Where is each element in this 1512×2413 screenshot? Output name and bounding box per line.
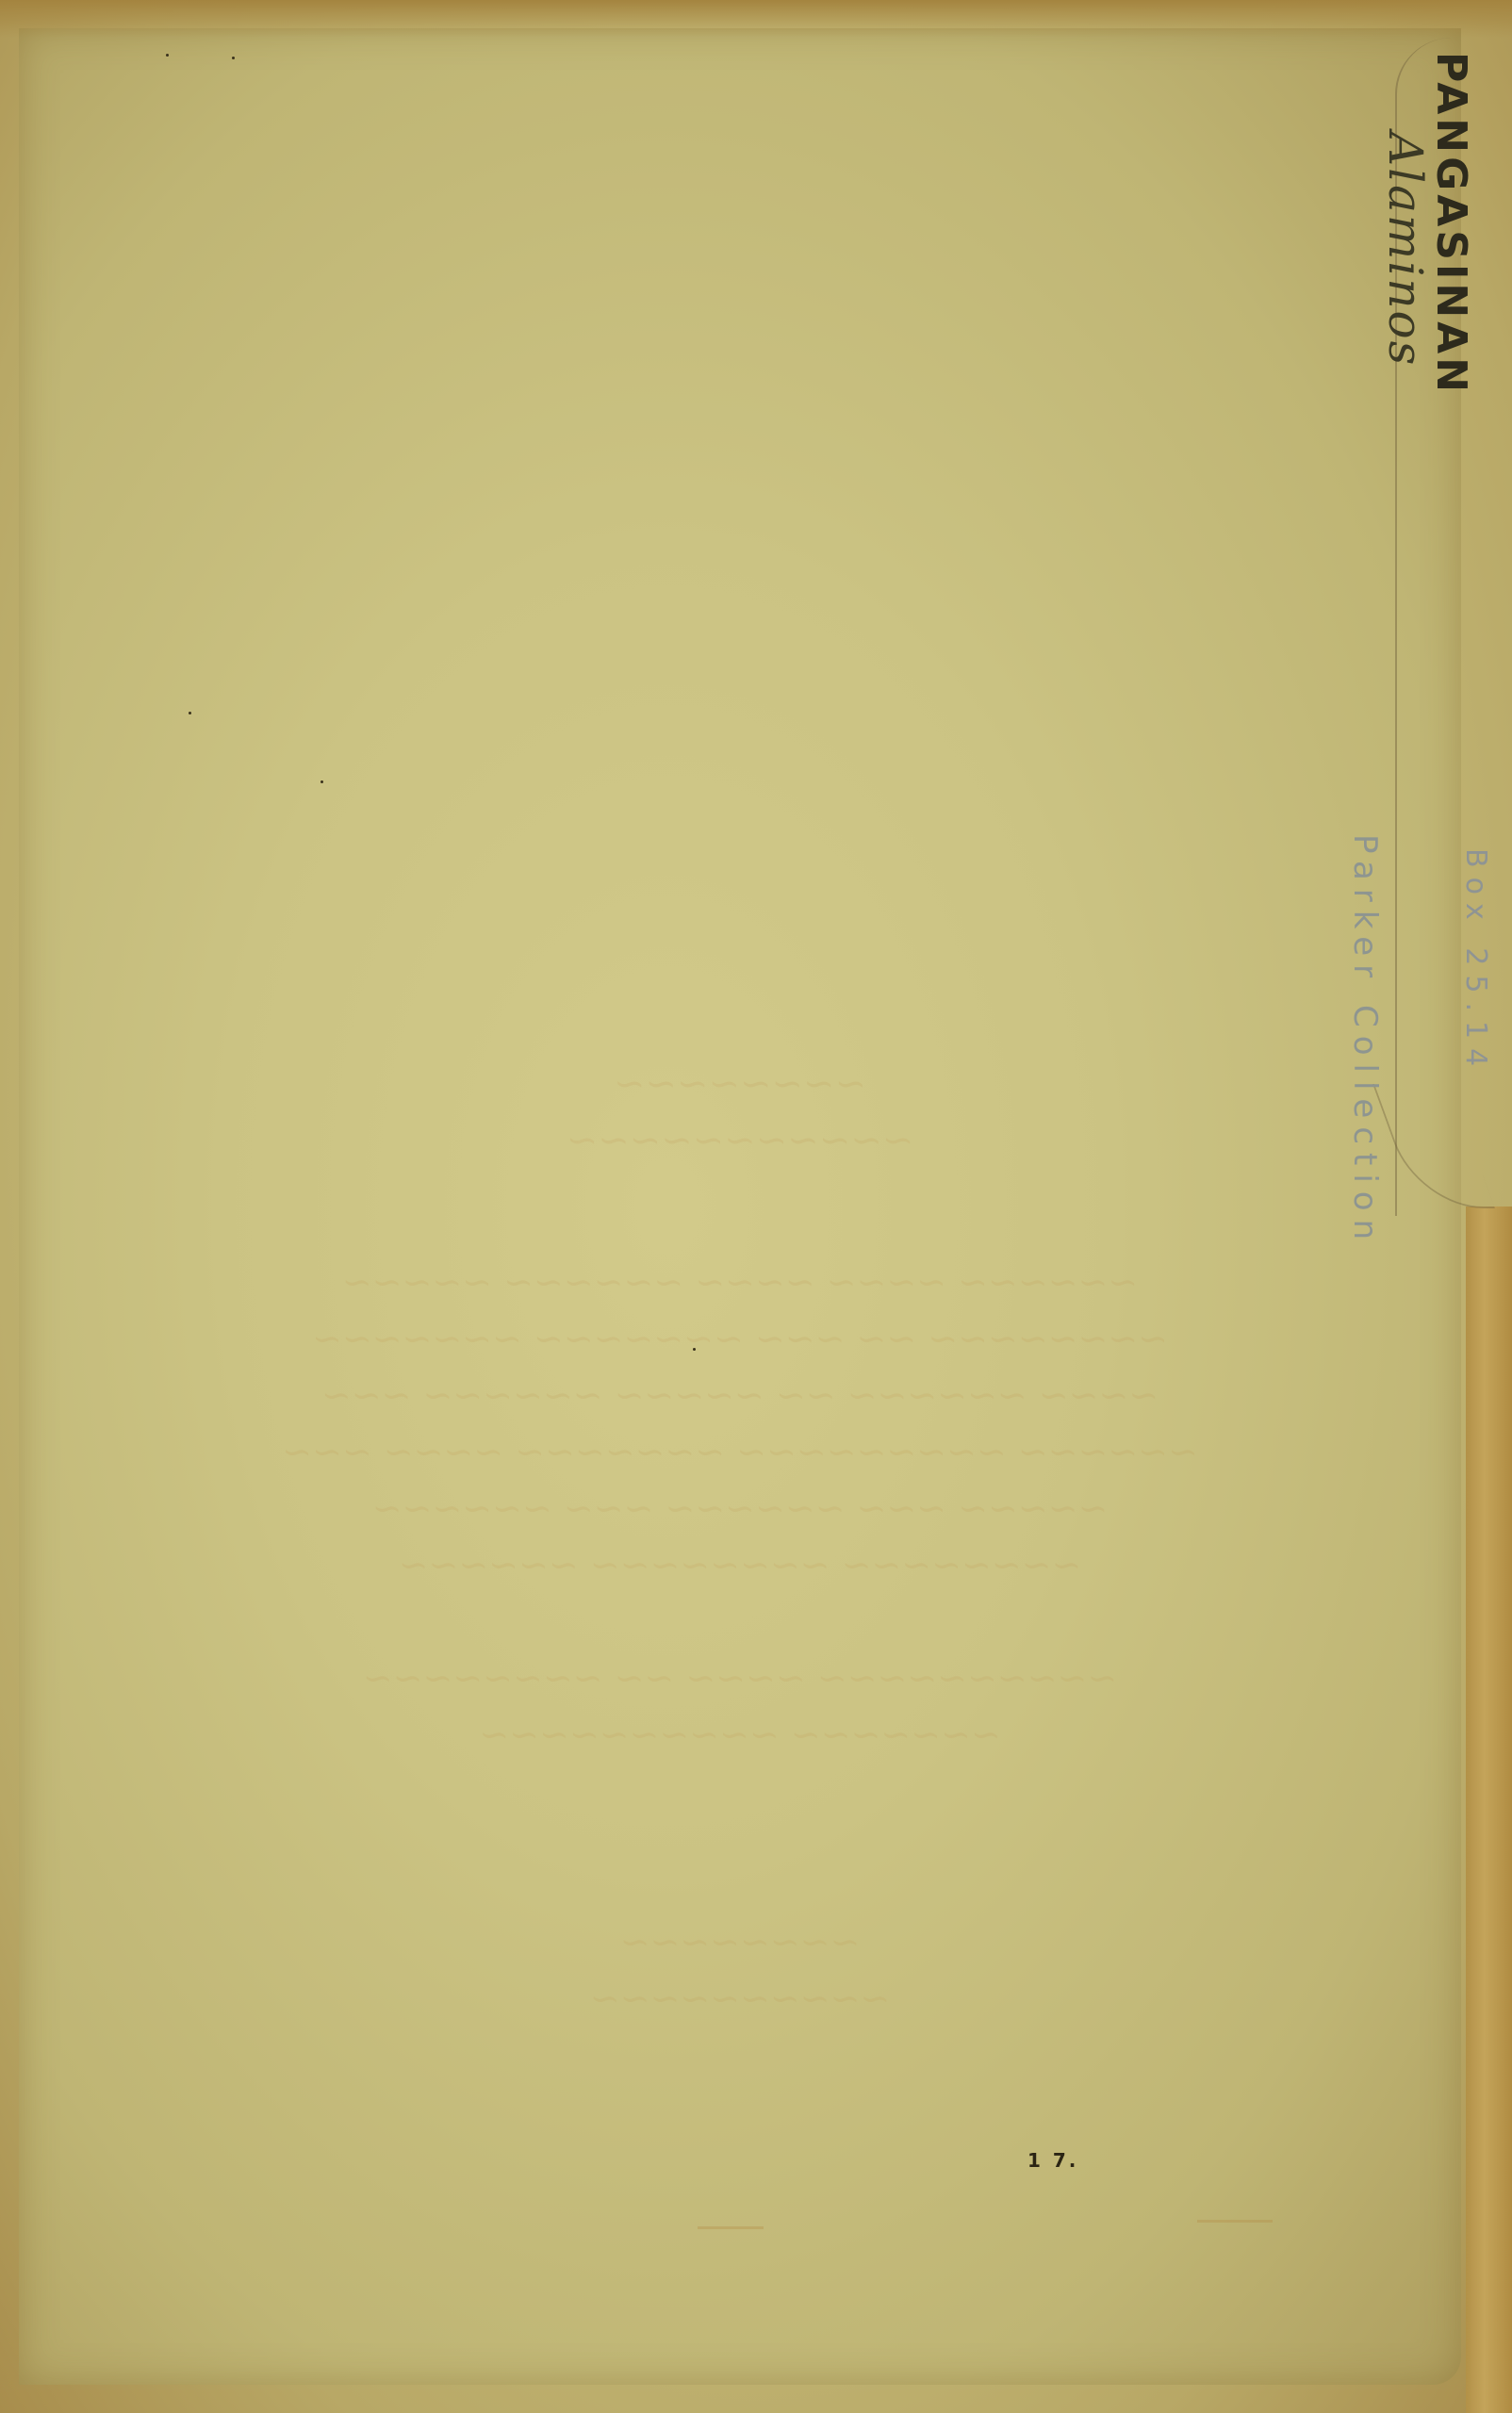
tab-label-town: Alaminos (1378, 132, 1433, 367)
bleed-through-heading: ~~~~~~~~~~~~~~~~~~~ (217, 1056, 1263, 1169)
bleed-through-dash-left (698, 2226, 764, 2229)
speck (320, 780, 323, 783)
speck (232, 57, 235, 59)
page-mark: 1 7. (1027, 2149, 1078, 2172)
tab-label-box-number: Box 25.14 (1459, 848, 1492, 1075)
tab-label-collection: Parker Collection (1346, 834, 1384, 1248)
tab-label-province: PANGASINAN (1427, 52, 1475, 396)
right-edge-stain (1466, 1206, 1512, 2413)
bleed-through-body: ~~~~~~ ~~~~ ~~~~ ~~~~~~ ~~~~~ ~~~~~~~~ ~… (217, 1254, 1263, 1763)
folder-cover (19, 28, 1461, 2385)
speck (693, 1348, 696, 1351)
bleed-through-signature: ~~~~~~~~~~~~~~~~~~ (217, 1913, 1263, 2027)
speck (166, 54, 169, 57)
bleed-through-dash-right (1197, 2220, 1273, 2223)
top-edge-stain (0, 0, 1512, 38)
speck (189, 712, 191, 714)
